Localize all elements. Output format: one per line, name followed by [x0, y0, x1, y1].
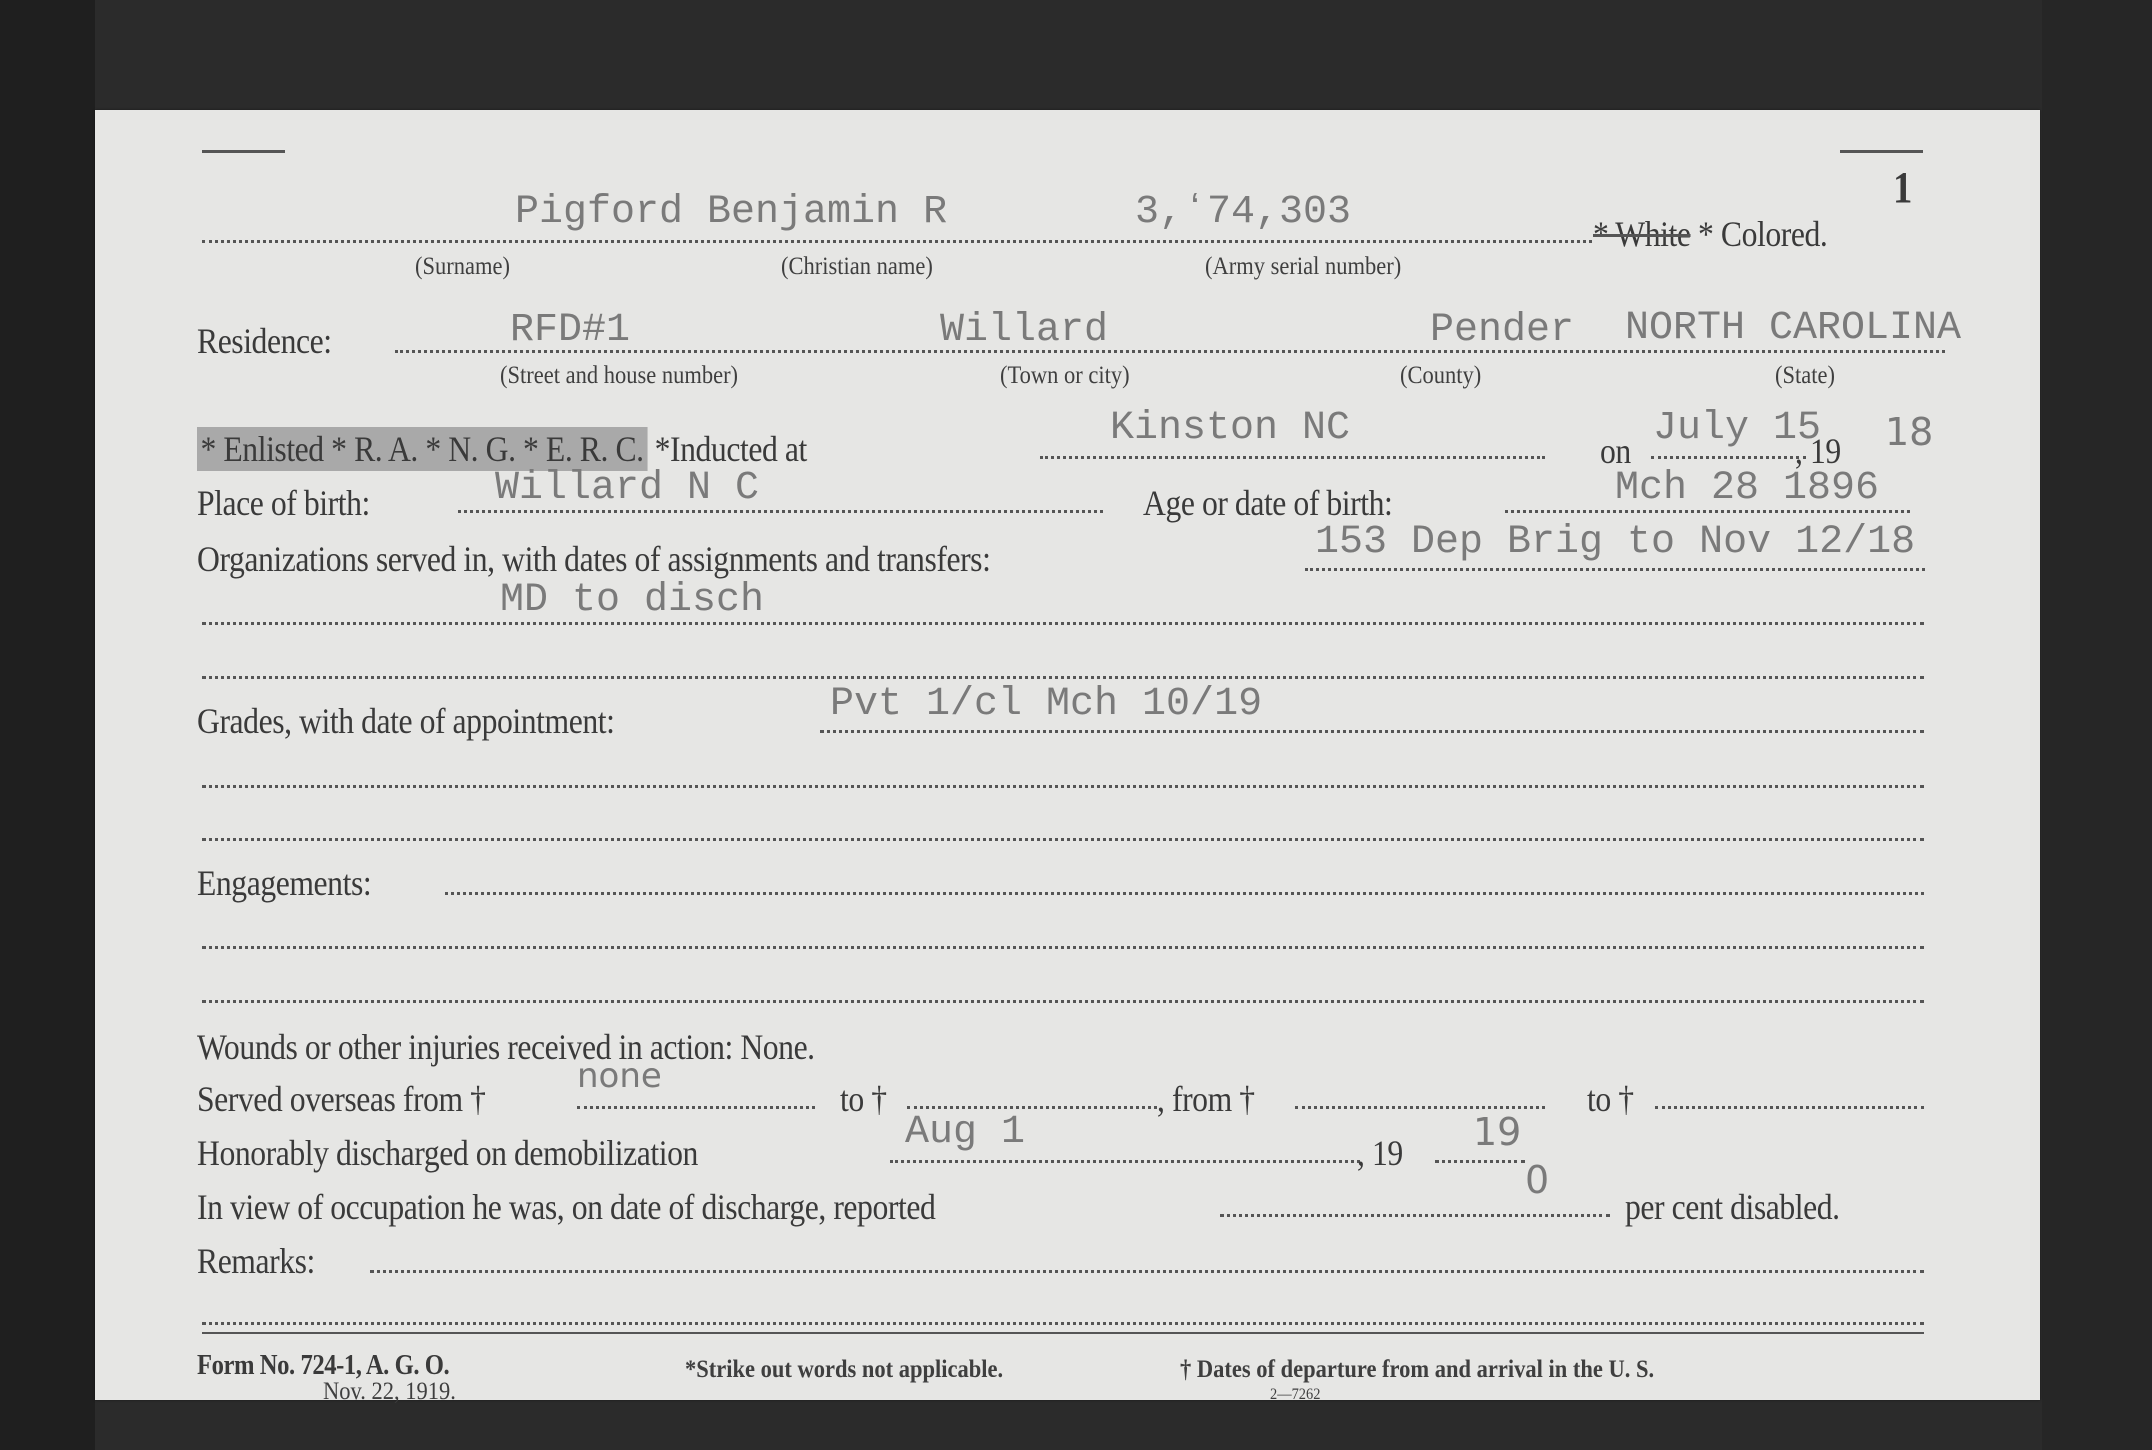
scan-background-right — [2042, 0, 2152, 1450]
service-record-card: 1 Pigford Benjamin R 3,ʻ74,303 * White *… — [95, 110, 2040, 1400]
engagements-line2-rule — [202, 946, 1924, 949]
served-overseas-label: Served overseas from † — [197, 1078, 486, 1120]
inducted-year-value: 18 — [1885, 410, 1933, 454]
race-colored: * Colored. — [1698, 214, 1827, 254]
grades-line3-rule — [202, 838, 1924, 841]
percent-disabled-line — [1220, 1214, 1610, 1217]
residence-label: Residence: — [197, 320, 332, 362]
organizations-line1-value: 153 Dep Brig to Nov 12/18 — [1315, 520, 1915, 565]
overseas-from2-line — [1295, 1106, 1545, 1109]
serial-label: (Army serial number) — [1205, 253, 1401, 281]
discharge-year-value: 19 — [1473, 1110, 1521, 1154]
street-value: RFD#1 — [510, 308, 630, 353]
state-value: NORTH CAROLINA — [1625, 306, 1961, 351]
state-label: (State) — [1775, 362, 1835, 390]
engagements-line3-rule — [202, 1000, 1924, 1003]
race-white: * White — [1593, 214, 1691, 254]
name-value: Pigford Benjamin R — [515, 190, 947, 235]
organizations-line1-rule — [1305, 568, 1925, 571]
overseas-to-line — [907, 1106, 1157, 1109]
town-value: Willard — [940, 308, 1108, 353]
christian-name-label: (Christian name) — [781, 253, 933, 281]
place-of-birth-value: Willard N C — [495, 466, 759, 511]
discharge-year-line — [1435, 1160, 1525, 1163]
county-value: Pender — [1430, 308, 1574, 353]
served-overseas-from-value: none — [577, 1056, 662, 1096]
organizations-line2-rule — [202, 622, 1924, 625]
age-line — [1505, 510, 1910, 513]
engagements-line1-rule — [445, 892, 1924, 895]
inducted-at-line — [1040, 456, 1545, 459]
grades-line2-rule — [202, 785, 1924, 788]
organizations-label: Organizations served in, with dates of a… — [197, 538, 990, 580]
wounds-label: Wounds or other injuries received in act… — [197, 1026, 815, 1068]
date-of-birth-value: Mch 28 1896 — [1615, 466, 1879, 511]
place-of-birth-line — [458, 510, 1103, 513]
grades-line1-rule — [820, 730, 1924, 733]
grades-value: Pvt 1/cl Mch 10/19 — [830, 682, 1262, 727]
town-label: (Town or city) — [1000, 362, 1130, 390]
remarks-label: Remarks: — [197, 1240, 315, 1282]
serial-number-value: 3,ʻ74,303 — [1135, 190, 1351, 235]
age-label: Age or date of birth: — [1143, 482, 1392, 524]
discharge-date-line — [890, 1160, 1360, 1163]
engagements-label: Engagements: — [197, 862, 371, 904]
remarks-line1-rule — [370, 1270, 1924, 1273]
discharge-date-value: Aug 1 — [905, 1110, 1025, 1155]
inducted-label: *Inducted at — [655, 429, 807, 469]
corner-mark-left — [202, 150, 285, 153]
enlisted-options-struck: * Enlisted * R. A. * N. G. * E. R. C. — [197, 427, 647, 471]
place-of-birth-label: Place of birth: — [197, 482, 370, 524]
overseas-from-line — [577, 1106, 815, 1109]
organizations-line2-value: MD to disch — [500, 578, 764, 623]
inducted-at-value: Kinston NC — [1110, 406, 1350, 451]
corner-mark-right — [1840, 150, 1923, 153]
race-options: * White * Colored. — [1593, 213, 1827, 255]
remarks-line2-rule — [202, 1322, 1924, 1325]
print-code: 2—7262 — [1270, 1386, 1320, 1404]
percent-disabled-value: 0 — [1525, 1158, 1549, 1202]
surname-label: (Surname) — [415, 253, 510, 281]
overseas-to2-line — [1655, 1106, 1924, 1109]
occupation-label: In view of occupation he was, on date of… — [197, 1186, 935, 1228]
enlistment-type-options: * Enlisted * R. A. * N. G. * E. R. C. *I… — [197, 428, 807, 470]
page-number: 1 — [1893, 162, 1912, 213]
overseas-to2-label: to † — [1587, 1078, 1634, 1120]
street-label: (Street and house number) — [500, 362, 738, 390]
overseas-from2-label: , from † — [1157, 1078, 1255, 1120]
grades-label: Grades, with date of appointment: — [197, 700, 614, 742]
scan-background-left — [0, 0, 95, 1450]
discharged-label: Honorably discharged on demobilization — [197, 1132, 698, 1174]
inducted-date-line — [1651, 456, 1806, 459]
footer-divider — [202, 1332, 1924, 1334]
overseas-to-label: to † — [840, 1078, 887, 1120]
organizations-line3-rule — [202, 676, 1924, 679]
footnote-strike: *Strike out words not applicable. — [685, 1356, 1003, 1384]
percent-disabled-label: per cent disabled. — [1625, 1186, 1840, 1228]
county-label: (County) — [1400, 362, 1481, 390]
name-line — [202, 240, 1592, 243]
form-date: Nov. 22, 1919. — [323, 1378, 456, 1406]
footnote-dates: † Dates of departure from and arrival in… — [1180, 1356, 1654, 1384]
residence-line — [395, 350, 1945, 353]
discharge-year-prefix: , 19 — [1357, 1132, 1403, 1174]
